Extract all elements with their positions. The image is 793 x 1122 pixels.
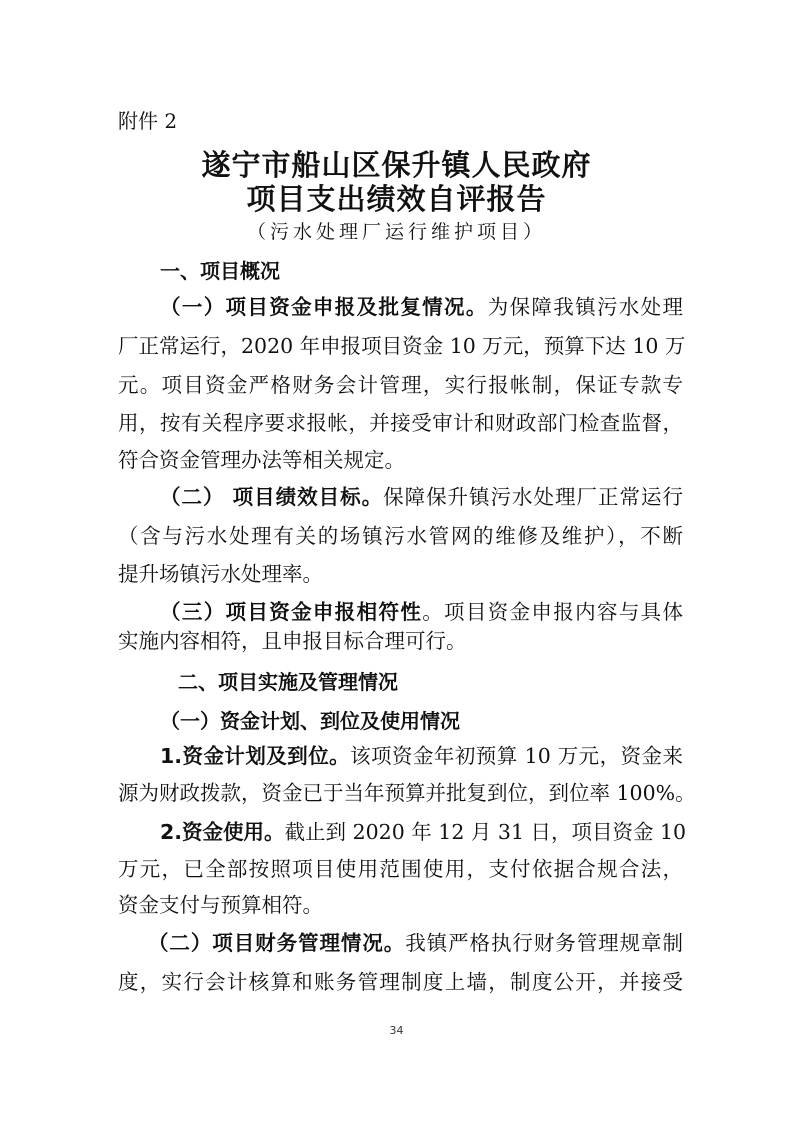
paragraph-line: 元。项目资金严格财务会计管理，实行报帐制，保证专款专 bbox=[118, 372, 683, 398]
attachment-label: 附件 2 bbox=[118, 105, 177, 134]
paragraph-text: 。项目资金申报内容与具体 bbox=[422, 600, 683, 624]
paragraph-bold-lead: 2.资金使用。 bbox=[160, 820, 285, 844]
paragraph-line: 用，按有关程序要求报帐，并接受审计和财政部门检查监督， bbox=[118, 410, 683, 436]
paragraph-line: 厂正常运行，2020 年申报项目资金 10 万元，预算下达 10 万 bbox=[118, 333, 683, 359]
paragraph-bold-lead: 1.资金计划及到位。 bbox=[160, 744, 350, 768]
page-number: 34 bbox=[0, 1024, 793, 1037]
paragraph-text: 我镇严格执行财务管理规章制 bbox=[405, 931, 683, 955]
subtitle: （污水处理厂运行维护项目） bbox=[0, 217, 793, 244]
title-line-2: 项目支出绩效自评报告 bbox=[0, 177, 793, 218]
paragraph-line: 1.资金计划及到位。该项资金年初预算 10 万元，资金来 bbox=[160, 743, 683, 769]
paragraph-line: （三）项目资金申报相符性。项目资金申报内容与具体 bbox=[160, 599, 683, 625]
paragraph-text: 保障保升镇污水处理厂正常运行 bbox=[383, 485, 683, 509]
paragraph-text: 为保障我镇污水处理 bbox=[488, 295, 683, 319]
paragraph-line: （二）项目财务管理情况。我镇严格执行财务管理规章制 bbox=[148, 930, 683, 956]
paragraph-line: （含与污水处理有关的场镇污水管网的维修及维护），不断 bbox=[118, 523, 683, 549]
paragraph-line: 源为财政拨款，资金已于当年预算并批复到位，到位率 100%。 bbox=[118, 780, 683, 806]
paragraph-text: 截止到 2020 年 12 月 31 日，项目资金 10 bbox=[285, 820, 687, 844]
paragraph-line: 度，实行会计核算和账务管理制度上墙，制度公开，并接受 bbox=[118, 969, 683, 995]
paragraph-line: 符合资金管理办法等相关规定。 bbox=[118, 447, 683, 473]
document-page: 附件 2 遂宁市船山区保升镇人民政府 项目支出绩效自评报告 （污水处理厂运行维护… bbox=[0, 0, 793, 1122]
paragraph-line: （二） 项目绩效目标。保障保升镇污水处理厂正常运行 bbox=[160, 484, 683, 510]
paragraph-bold-lead: （二）项目财务管理情况。 bbox=[148, 931, 405, 955]
paragraph-bold-lead: （二） 项目绩效目标。 bbox=[160, 485, 383, 509]
paragraph-line: （一）项目资金申报及批复情况。为保障我镇污水处理 bbox=[160, 294, 683, 320]
section-2-heading: 二、项目实施及管理情况 bbox=[178, 666, 398, 695]
section-2-subheading-1: （一）资金计划、到位及使用情况 bbox=[160, 705, 460, 734]
paragraph-bold-lead: （三）项目资金申报相符性 bbox=[160, 600, 422, 624]
paragraph-bold-lead: （一）项目资金申报及批复情况。 bbox=[160, 295, 488, 319]
paragraph-line: 提升场镇污水处理率。 bbox=[118, 561, 683, 587]
paragraph-line: 万元，已全部按照项目使用范围使用，支付依据合规合法， bbox=[118, 856, 683, 882]
paragraph-line: 实施内容相符，且申报目标合理可行。 bbox=[118, 628, 683, 654]
paragraph-line: 2.资金使用。截止到 2020 年 12 月 31 日，项目资金 10 bbox=[160, 819, 683, 845]
section-1-heading: 一、项目概况 bbox=[160, 255, 280, 284]
paragraph-line: 资金支付与预算相符。 bbox=[118, 892, 683, 918]
paragraph-text: 该项资金年初预算 10 万元，资金来 bbox=[350, 744, 683, 768]
